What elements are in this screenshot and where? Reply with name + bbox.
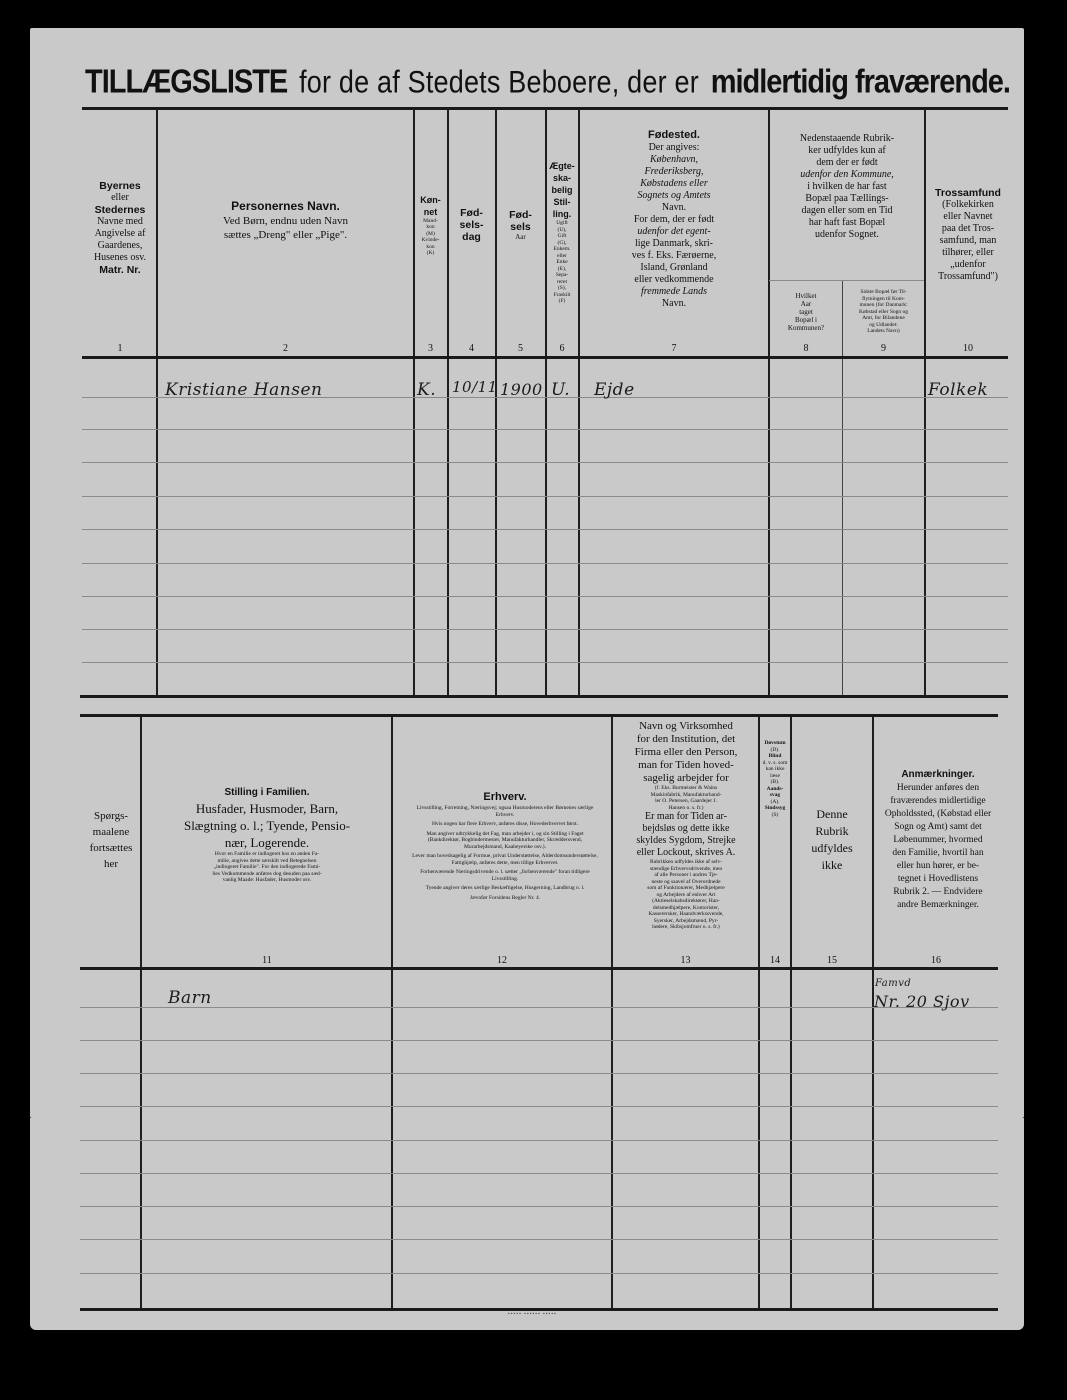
- upper-row-line: [82, 529, 1008, 530]
- header-col13: Navn og Virksomhed for den Institution, …: [614, 720, 758, 950]
- lower-row-line: [80, 1007, 998, 1008]
- upper-row-line: [82, 662, 1008, 663]
- header-col9: Sidste Bopæl før Til- flytningen til Kom…: [843, 283, 924, 341]
- lower-col-divider-3: [611, 716, 613, 1310]
- title-part3: midlertidig fraværende.: [711, 63, 1010, 101]
- lower-col-divider-1: [140, 716, 142, 1310]
- header-col11: Stilling i Familien. Husfader, Husmoder,…: [143, 775, 391, 895]
- colnum-4: 4: [448, 343, 495, 354]
- lower-row-line: [80, 1073, 998, 1074]
- upper-row-line: [82, 429, 1008, 430]
- upper-row-line: [82, 496, 1008, 497]
- header-col3: Køn-net Mand- kon (M) Kvinde- kon (K): [414, 185, 447, 265]
- header-col7: Fødested. Der angives: København, Freder…: [580, 128, 768, 328]
- header-col14: Døvstum (D). Blind d. v. s. som kan ikke…: [760, 740, 790, 940]
- header-col15: Denne Rubrik udfyldes ikke: [792, 800, 872, 880]
- colnum-1: 1: [84, 343, 156, 354]
- lower-row-line: [80, 1239, 998, 1240]
- header-col10: Trossamfund (Folkekirken eller Navnet pa…: [926, 175, 1010, 295]
- title-part2: for de af Stedets Beboere, der er: [299, 64, 699, 100]
- lower-row-line: [80, 1106, 998, 1107]
- header-continued-label: Spørgs- maalene fortsættes her: [82, 800, 140, 880]
- entry-birthplace: Ejde: [594, 380, 635, 400]
- header-col1: Byernes eller Stedernes Navne med Angive…: [84, 160, 156, 295]
- upper-row-line: [82, 596, 1008, 597]
- header-group-8-9: Nedenstaaende Rubrik- ker udfyldes kun a…: [770, 133, 924, 253]
- colnum-14: 14: [760, 955, 790, 966]
- entry-family-position: Barn: [168, 988, 212, 1008]
- colnum-6: 6: [546, 343, 578, 354]
- lower-row-line: [80, 1040, 998, 1041]
- colnum-7: 7: [580, 343, 768, 354]
- header-col8: Hvilket Aar taget Bopæl i Kommunen?: [770, 288, 842, 336]
- colnum-15: 15: [792, 955, 872, 966]
- upper-row-line: [82, 462, 1008, 463]
- entry-sex: K.: [417, 380, 436, 400]
- page-title: TILLÆGSLISTE for de af Stedets Beboere, …: [85, 59, 1010, 105]
- colnum-10: 10: [926, 343, 1010, 354]
- upper-col-divider-4: [495, 108, 497, 696]
- lower-table-top-rule: [80, 714, 998, 717]
- upper-header-bottom-rule: [82, 356, 1008, 359]
- upper-row-line: [82, 629, 1008, 630]
- lower-row-line: [80, 1140, 998, 1141]
- entry-remarks-line2: Nr. 20 Sjov: [874, 992, 970, 1011]
- colnum-9: 9: [843, 343, 924, 354]
- lower-row-line: [80, 1173, 998, 1174]
- header-col4: Fød-sels-dag: [448, 200, 495, 250]
- entry-birth-day: 10/11: [452, 378, 498, 396]
- printer-mark: ▪▪▪▪▪ ▪▪▪▪▪▪ ▪▪▪▪▪: [508, 1312, 557, 1317]
- colnum-2: 2: [158, 343, 413, 354]
- upper-col-divider-3: [447, 108, 449, 696]
- entry-remarks-line1: Famvd: [875, 978, 911, 989]
- group-8-9-divider: [769, 280, 924, 281]
- header-col12: Erhverv. Livsstilling, Forretning, Nærin…: [410, 750, 600, 940]
- colnum-12: 12: [393, 955, 611, 966]
- entry-marital-status: U.: [551, 380, 570, 400]
- header-col2: Personernes Navn. Ved Børn, endnu uden N…: [158, 195, 413, 245]
- lower-col-divider-2: [391, 716, 393, 1310]
- lower-row-line: [80, 1273, 998, 1274]
- colnum-16: 16: [874, 955, 998, 966]
- lower-table-bottom-rule: [80, 1308, 998, 1311]
- entry-birth-year: 1900: [500, 380, 543, 399]
- lower-row-line: [80, 1206, 998, 1207]
- header-col16: Anmærkninger. Herunder anføres den fravæ…: [874, 768, 1002, 908]
- colnum-13: 13: [613, 955, 758, 966]
- lower-header-bottom-rule: [80, 967, 998, 970]
- entry-name: Kristiane Hansen: [165, 380, 322, 400]
- colnum-3: 3: [414, 343, 447, 354]
- upper-table-bottom-rule: [80, 695, 1008, 698]
- colnum-8: 8: [770, 343, 842, 354]
- colnum-11: 11: [143, 955, 391, 966]
- census-sheet-bottom: [30, 1118, 1024, 1330]
- title-part1: TILLÆGSLISTE: [85, 63, 287, 101]
- header-col5: Fød-sels Aar: [496, 200, 545, 250]
- entry-religion: Folkek: [928, 380, 988, 400]
- header-col6: Ægte-ska-belig Stil-ling. Ugift (U), Gif…: [546, 140, 578, 325]
- colnum-5: 5: [496, 343, 545, 354]
- upper-row-line: [82, 563, 1008, 564]
